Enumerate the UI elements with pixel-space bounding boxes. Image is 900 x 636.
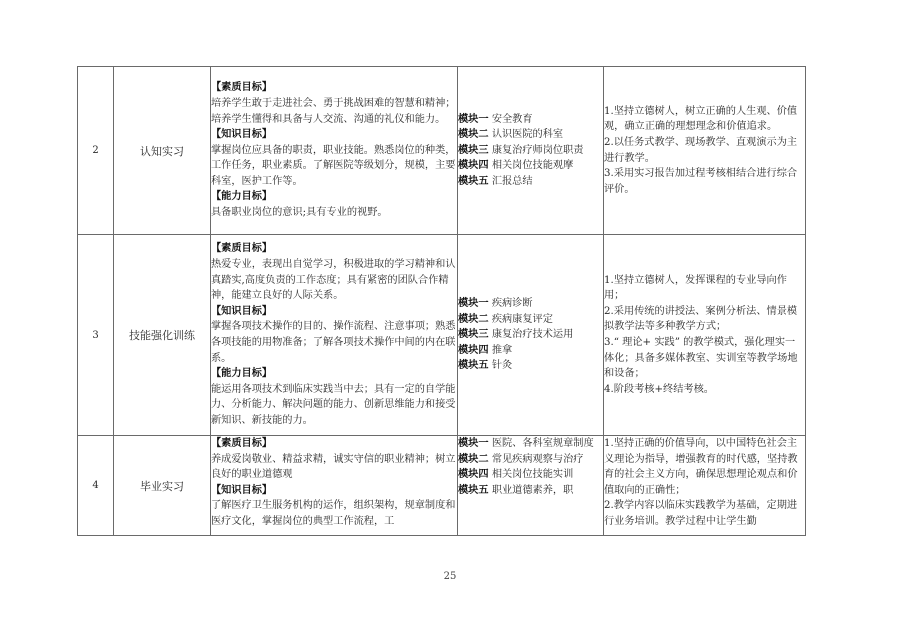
table-row: 2 认知实习 【素质目标】 培养学生敢于走进社会、勇于挑战困难的智慧和精神；培养… [78, 67, 806, 235]
requirement-item: 2.教学内容以临床实践教学为基础，定期进行业务培训。教学过程中让学生勤 [604, 498, 805, 529]
table-row: 3 技能强化训练 【素质目标】 热爱专业，表现出自觉学习，积极进取的学习精神和认… [78, 235, 806, 436]
teaching-requirements: 1.坚持立德树人，发挥课程的专业导向作用； 2.采用传统的讲授法、案例分析法、情… [604, 235, 806, 436]
table-row: 4 毕业实习 【素质目标】 养成爱岗敬业、精益求精，诚实守信的职业精神；树立良好… [78, 436, 806, 536]
requirement-item: 4.阶段考核+终结考核。 [604, 382, 805, 398]
module-item: 模块四 相关岗位技能实训 [458, 467, 603, 483]
goal-text: 了解医疗卫生服务机构的运作，组织架构，规章制度和医疗文化，掌握岗位的典型工作流程… [211, 498, 457, 529]
requirement-item: 3.“ 理论+ 实践” 的教学模式，强化理实一体化；具备多媒体教室、实训室等教学… [604, 335, 805, 382]
module-item: 模块一 医院、各科室规章制度 [458, 436, 603, 452]
module-item: 模块一 疾病诊断 [458, 296, 603, 312]
module-item: 模块三 康复治疗师岗位职责 [458, 143, 603, 159]
module-item: 模块二 认识医院的科室 [458, 127, 603, 143]
module-item: 模块二 疾病康复评定 [458, 312, 603, 328]
row-number: 2 [78, 67, 114, 235]
row-number: 4 [78, 436, 114, 536]
course-modules: 模块一 安全教育 模块二 认识医院的科室 模块三 康复治疗师岗位职责 模块四 相… [458, 67, 604, 235]
goal-heading: 【能力目标】 [211, 366, 457, 382]
module-item: 模块五 汇报总结 [458, 174, 603, 190]
requirement-item: 1.坚持正确的价值导向，以中国特色社会主义理论为指导，增强教育的时代感，坚持教育… [604, 436, 805, 498]
document-page: 2 认知实习 【素质目标】 培养学生敢于走进社会、勇于挑战困难的智慧和精神；培养… [0, 0, 900, 636]
goal-text: 热爱专业，表现出自觉学习，积极进取的学习精神和认真踏实,高度负责的工作态度；具有… [211, 257, 457, 304]
course-modules: 模块一 疾病诊断 模块二 疾病康复评定 模块三 康复治疗技术运用 模块四 推拿 … [458, 235, 604, 436]
goal-text: 能运用各项技术到临床实践当中去；具有一定的自学能力、分析能力、解决问题的能力、创… [211, 382, 457, 429]
course-name: 认知实习 [114, 67, 211, 235]
course-modules: 模块一 医院、各科室规章制度 模块二 常见疾病观察与治疗 模块四 相关岗位技能实… [458, 436, 604, 536]
module-item: 模块三 康复治疗技术运用 [458, 327, 603, 343]
goal-heading: 【知识目标】 [211, 127, 457, 143]
goal-text: 养成爱岗敬业、精益求精，诚实守信的职业精神；树立良好的职业道德观 [211, 452, 457, 483]
requirement-item: 1.坚持立德树人，树立正确的人生观、价值观，确立正确的理想理念和价值追求。 [604, 104, 805, 135]
requirement-item: 2.采用传统的讲授法、案例分析法、情景模拟教学法等多种教学方式； [604, 304, 805, 335]
module-item: 模块四 相关岗位技能观摩 [458, 158, 603, 174]
page-number: 25 [0, 571, 900, 582]
goal-heading: 【知识目标】 [211, 304, 457, 320]
goal-heading: 【素质目标】 [211, 241, 457, 257]
goal-text: 掌握岗位应具备的职责，职业技能。熟悉岗位的种类，工作任务，职业素质。了解医院等级… [211, 143, 457, 190]
goal-heading: 【素质目标】 [211, 436, 457, 452]
course-name: 技能强化训练 [114, 235, 211, 436]
course-goals: 【素质目标】 养成爱岗敬业、精益求精，诚实守信的职业精神；树立良好的职业道德观 … [211, 436, 458, 536]
course-goals: 【素质目标】 培养学生敢于走进社会、勇于挑战困难的智慧和精神；培养学生懂得和具备… [211, 67, 458, 235]
requirement-item: 3.采用实习报告加过程考核相结合进行综合评价。 [604, 166, 805, 197]
curriculum-table: 2 认知实习 【素质目标】 培养学生敢于走进社会、勇于挑战困难的智慧和精神；培养… [77, 66, 806, 536]
goal-text: 掌握各项技术操作的目的、操作流程、注意事项；熟悉各项技能的用物准备；了解各项技术… [211, 319, 457, 366]
requirement-item: 2.以任务式教学、现场教学、直观演示为主进行教学。 [604, 135, 805, 166]
goal-text: 培养学生敢于走进社会、勇于挑战困难的智慧和精神；培养学生懂得和具备与人交流、沟通… [211, 96, 457, 127]
goal-heading: 【知识目标】 [211, 483, 457, 499]
teaching-requirements: 1.坚持立德树人，树立正确的人生观、价值观，确立正确的理想理念和价值追求。 2.… [604, 67, 806, 235]
goal-text: 具备职业岗位的意识;具有专业的视野。 [211, 205, 457, 221]
module-item: 模块四 推拿 [458, 343, 603, 359]
requirement-item: 1.坚持立德树人，发挥课程的专业导向作用； [604, 273, 805, 304]
goal-heading: 【素质目标】 [211, 80, 457, 96]
module-item: 模块一 安全教育 [458, 112, 603, 128]
row-number: 3 [78, 235, 114, 436]
module-item: 模块二 常见疾病观察与治疗 [458, 452, 603, 468]
teaching-requirements: 1.坚持正确的价值导向，以中国特色社会主义理论为指导，增强教育的时代感，坚持教育… [604, 436, 806, 536]
module-item: 模块五 针灸 [458, 358, 603, 374]
course-name: 毕业实习 [114, 436, 211, 536]
course-goals: 【素质目标】 热爱专业，表现出自觉学习，积极进取的学习精神和认真踏实,高度负责的… [211, 235, 458, 436]
module-item: 模块五 职业道德素养，职 [458, 483, 603, 499]
goal-heading: 【能力目标】 [211, 189, 457, 205]
